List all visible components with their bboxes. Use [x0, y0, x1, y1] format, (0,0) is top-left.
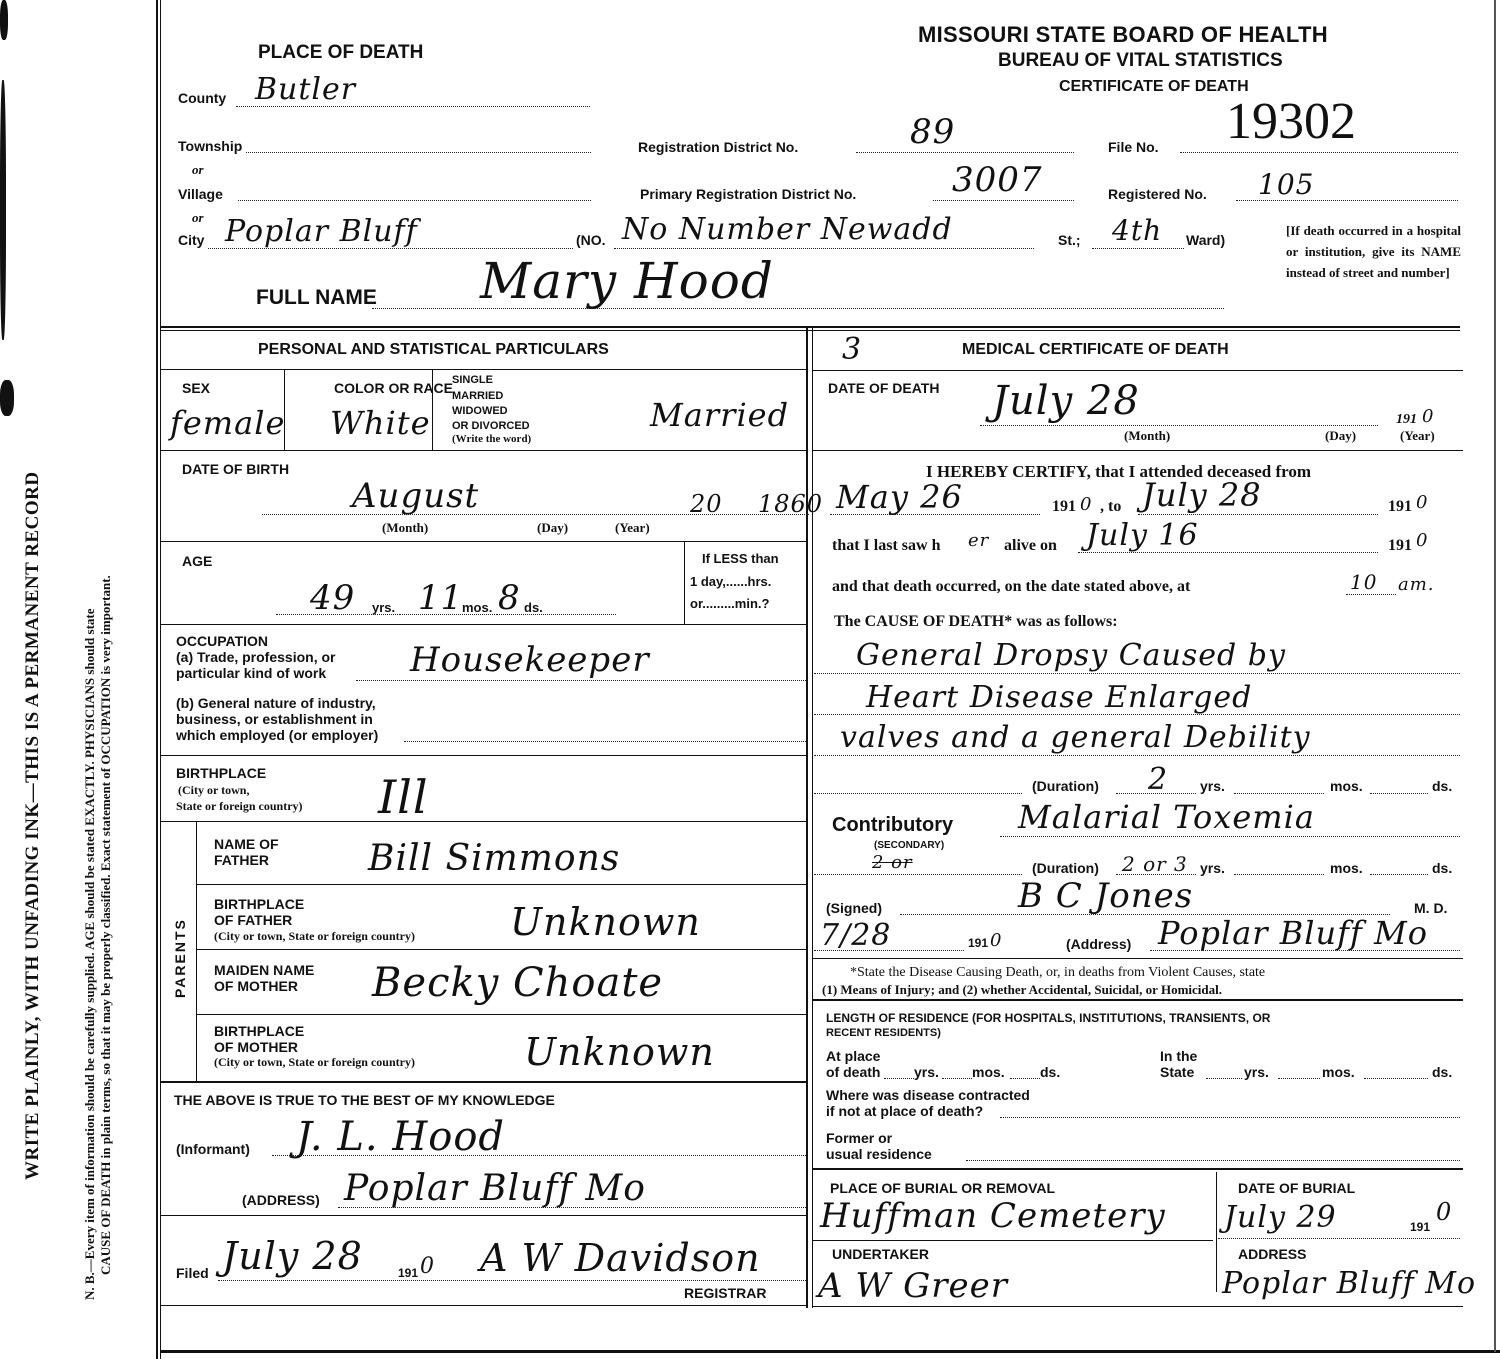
- primary-district-label: Primary Registration District No.: [640, 186, 856, 202]
- filed-label: Filed: [176, 1265, 209, 1281]
- physician-signature-field[interactable]: B C Jones: [1018, 876, 1193, 916]
- signed-year-prefix: 191: [968, 936, 988, 950]
- physician-address-field[interactable]: Poplar Bluff Mo: [1158, 914, 1428, 952]
- filed-year-field[interactable]: 0: [420, 1254, 435, 1279]
- occupation-a-line1: (a) Trade, profession, or: [176, 649, 335, 665]
- document-title: CERTIFICATE OF DEATH: [1059, 78, 1249, 96]
- occupation-b-line3: which employed (or employer): [176, 727, 378, 743]
- bureau-title: BUREAU OF VITAL STATISTICS: [998, 50, 1283, 72]
- burial-place-label: PLACE OF BURIAL OR REMOVAL: [830, 1180, 1055, 1196]
- attended-from-field[interactable]: May 26: [836, 478, 963, 516]
- mother-name-label1: MAIDEN NAME: [214, 962, 314, 978]
- age-months-label: mos.: [462, 600, 492, 615]
- parents-label: PARENTS: [172, 918, 188, 998]
- secondary-struck-text: 2 or: [872, 852, 913, 873]
- city-field[interactable]: Poplar Bluff: [225, 214, 418, 249]
- mother-birthplace-label2: OF MOTHER: [214, 1039, 298, 1055]
- attended-from-year-prefix: 191: [1052, 498, 1076, 516]
- last-saw-year-field[interactable]: 0: [1416, 530, 1428, 551]
- last-saw-date-field[interactable]: July 16: [1086, 518, 1199, 553]
- age-days-label: ds.: [524, 600, 543, 615]
- contracted-label2: if not at place of death?: [826, 1103, 983, 1119]
- marital-option-married: MARRIED: [452, 390, 503, 402]
- cause-line1-field[interactable]: General Dropsy Caused by: [856, 638, 1286, 673]
- or-label: or: [192, 210, 204, 226]
- age-years-field[interactable]: 49: [310, 578, 355, 618]
- occupation-a-line2: particular kind of work: [176, 665, 326, 681]
- nb-instructions-line2: CAUSE OF DEATH in plain terms, so that i…: [98, 575, 114, 1275]
- last-saw-label: that I last saw h: [832, 537, 940, 555]
- county-label: County: [178, 90, 226, 106]
- informant-field[interactable]: J. L. Hood: [296, 1114, 505, 1160]
- village-label: Village: [178, 186, 223, 202]
- last-saw-pronoun-field[interactable]: er: [968, 530, 989, 551]
- at-place-label1: At place: [826, 1048, 880, 1064]
- at-place-ds-label: ds.: [1040, 1064, 1060, 1080]
- in-state-ds-label: ds.: [1432, 1064, 1452, 1080]
- page-mark: 3: [842, 332, 862, 367]
- last-saw-year-prefix: 191: [1388, 537, 1412, 555]
- occupation-field[interactable]: Housekeeper: [410, 640, 650, 680]
- marital-option-single: SINGLE: [452, 374, 493, 386]
- cause-line2-field[interactable]: Heart Disease Enlarged: [866, 680, 1252, 715]
- county-field[interactable]: Butler: [255, 72, 356, 107]
- birthplace-hint2: State or foreign country): [176, 799, 303, 814]
- burial-year-field[interactable]: 0: [1436, 1198, 1452, 1226]
- father-name-field[interactable]: Bill Simmons: [368, 838, 620, 879]
- sex-field[interactable]: female: [170, 404, 285, 442]
- undertaker-address-label: ADDRESS: [1238, 1246, 1306, 1262]
- marital-hint: (Write the word): [452, 433, 531, 445]
- contributory-field[interactable]: Malarial Toxemia: [1018, 798, 1315, 836]
- place-of-death-title: PLACE OF DEATH: [258, 42, 423, 64]
- at-place-mos-label: mos.: [972, 1064, 1005, 1080]
- mother-name-label2: OF MOTHER: [214, 978, 298, 994]
- less-than-hours-label: 1 day,......hrs.: [690, 574, 771, 589]
- occupation-b-line2: business, or establishment in: [176, 711, 373, 727]
- full-name-label: FULL NAME: [256, 286, 377, 310]
- street-no-label: (NO.: [576, 232, 606, 248]
- father-birthplace-field[interactable]: Unknown: [510, 900, 701, 944]
- death-time-label: and that death occurred, on the date sta…: [832, 578, 1190, 596]
- contracted-label1: Where was disease contracted: [826, 1087, 1030, 1103]
- cause-line3-field[interactable]: valves and a general Debility: [840, 720, 1311, 755]
- duration-label: (Duration): [1032, 778, 1099, 794]
- registration-district-label: Registration District No.: [638, 139, 798, 155]
- city-label: City: [178, 232, 204, 248]
- to-label: , to: [1100, 498, 1121, 516]
- secondary-label: (SECONDARY): [874, 840, 944, 851]
- undertaker-address-field[interactable]: Poplar Bluff Mo: [1222, 1266, 1476, 1301]
- sex-label: SEX: [182, 380, 210, 396]
- dob-month-field[interactable]: August: [352, 476, 479, 516]
- occupation-b-line1: (b) General nature of industry,: [176, 695, 376, 711]
- marital-option-widowed: WIDOWED: [452, 405, 508, 417]
- physician-address-label: (Address): [1066, 936, 1131, 952]
- in-state-mos-label: mos.: [1322, 1064, 1355, 1080]
- dod-day-label: (Day): [1325, 428, 1356, 444]
- ward-label: Ward): [1186, 232, 1225, 248]
- secondary-duration-field[interactable]: 2 or 3: [1122, 852, 1188, 876]
- registered-no-field[interactable]: 105: [1258, 168, 1314, 201]
- dob-year-label: (Year): [615, 520, 650, 536]
- in-state-yrs-label: yrs.: [1244, 1064, 1269, 1080]
- marital-option-divorced: OR DIVORCED: [452, 420, 530, 432]
- attended-to-year-prefix: 191: [1388, 498, 1412, 516]
- informant-address-field[interactable]: Poplar Bluff Mo: [344, 1168, 646, 1209]
- duration-years-label: yrs.: [1200, 778, 1225, 794]
- dob-month-label: (Month): [382, 520, 428, 536]
- age-days-field[interactable]: 8: [498, 578, 521, 618]
- former-residence-label1: Former or: [826, 1130, 892, 1146]
- contributory-label: Contributory: [832, 814, 953, 837]
- filed-year-prefix: 191: [398, 1266, 418, 1280]
- knowledge-statement: THE ABOVE IS TRUE TO THE BEST OF MY KNOW…: [174, 1092, 555, 1108]
- age-months-field[interactable]: 11: [418, 578, 463, 618]
- burial-date-label: DATE OF BURIAL: [1238, 1180, 1355, 1196]
- age-label: AGE: [182, 553, 212, 569]
- father-birthplace-label1: BIRTHPLACE: [214, 896, 304, 912]
- footnote-line1: *State the Disease Causing Death, or, in…: [850, 965, 1265, 981]
- in-state-label2: State: [1160, 1064, 1194, 1080]
- secondary-years-label: yrs.: [1200, 860, 1225, 876]
- race-field[interactable]: White: [330, 404, 431, 442]
- street-label: St.;: [1058, 232, 1081, 248]
- secondary-duration-label: (Duration): [1032, 860, 1099, 876]
- agency-title: MISSOURI STATE BOARD OF HEALTH: [918, 22, 1328, 48]
- dod-year-prefix: 191: [1396, 412, 1417, 428]
- duration-days-label: ds.: [1432, 778, 1452, 794]
- primary-district-field[interactable]: 3007: [952, 160, 1043, 200]
- at-place-yrs-label: yrs.: [914, 1064, 939, 1080]
- race-label: COLOR OR RACE: [334, 380, 453, 396]
- death-time-ampm[interactable]: am.: [1398, 574, 1435, 595]
- registrar-label: REGISTRAR: [684, 1285, 766, 1301]
- burial-year-prefix: 191: [1410, 1220, 1430, 1234]
- hospital-note: [If death occurred in a hospital or inst…: [1286, 220, 1461, 283]
- in-state-label1: In the: [1160, 1048, 1197, 1064]
- medical-section-title: MEDICAL CERTIFICATE OF DEATH: [962, 341, 1229, 359]
- filed-date-field[interactable]: July 28: [222, 1234, 363, 1278]
- or-label: or: [192, 162, 204, 178]
- duration-months-label: mos.: [1330, 778, 1363, 794]
- mother-birthplace-hint: (City or town, State or foreign country): [214, 1055, 415, 1070]
- nb-instructions-line1: N. B.—Every item of information should b…: [82, 608, 98, 1300]
- full-name-field[interactable]: Mary Hood: [480, 252, 774, 310]
- father-name-label2: FATHER: [214, 852, 269, 868]
- secondary-days-label: ds.: [1432, 860, 1452, 876]
- undertaker-label: UNDERTAKER: [832, 1246, 929, 1262]
- registration-district-field[interactable]: 89: [910, 112, 955, 152]
- signed-year-field[interactable]: 0: [990, 930, 1002, 951]
- less-than-day-label: If LESS than: [702, 551, 779, 566]
- dob-day-label: (Day): [537, 520, 568, 536]
- birthplace-field[interactable]: Ill: [378, 770, 429, 824]
- duration-years-field[interactable]: 2: [1148, 762, 1168, 797]
- secondary-months-label: mos.: [1330, 860, 1363, 876]
- cause-of-death-title: The CAUSE OF DEATH* was as follows:: [834, 613, 1118, 631]
- personal-section-title: PERSONAL AND STATISTICAL PARTICULARS: [258, 341, 609, 359]
- residence-title-2: RECENT RESIDENTS): [826, 1027, 941, 1039]
- less-than-minutes-label: or.........min.?: [690, 596, 769, 611]
- ward-field[interactable]: 4th: [1112, 214, 1162, 247]
- marital-status-field[interactable]: Married: [650, 396, 789, 434]
- alive-on-label: alive on: [1004, 537, 1057, 555]
- dob-day-field[interactable]: 20: [690, 490, 723, 518]
- footnote-line2: (1) Means of Injury; and (2) whether Acc…: [822, 982, 1222, 998]
- registrar-signature-field[interactable]: A W Davidson: [480, 1236, 761, 1280]
- signed-date-field[interactable]: 7/28: [820, 918, 891, 953]
- date-of-death-label: DATE OF DEATH: [828, 380, 939, 396]
- informant-label: (Informant): [176, 1141, 250, 1157]
- attended-to-field[interactable]: July 28: [1142, 476, 1262, 514]
- dob-year-field[interactable]: 1860: [758, 490, 823, 518]
- signed-label: (Signed): [826, 900, 882, 916]
- file-no-field[interactable]: 19302: [1226, 92, 1356, 151]
- mother-birthplace-field[interactable]: Unknown: [524, 1030, 715, 1074]
- burial-date-field[interactable]: July 29: [1224, 1200, 1337, 1235]
- street-field[interactable]: No Number Newadd: [622, 212, 953, 247]
- birthplace-hint1: (City or town,: [178, 783, 249, 798]
- undertaker-field[interactable]: A W Greer: [818, 1266, 1008, 1306]
- residence-title: LENGTH OF RESIDENCE (FOR HOSPITALS, INST…: [826, 1011, 1270, 1025]
- dod-month-label: (Month): [1124, 428, 1170, 444]
- burial-place-field[interactable]: Huffman Cemetery: [820, 1196, 1166, 1236]
- birthplace-title: BIRTHPLACE: [176, 765, 266, 781]
- attended-from-year-field[interactable]: 0: [1080, 494, 1092, 515]
- township-label: Township: [178, 138, 242, 154]
- permanent-record-notice: WRITE PLAINLY, WITH UNFADING INK—THIS IS…: [22, 471, 44, 1180]
- former-residence-label2: usual residence: [826, 1146, 932, 1162]
- mother-birthplace-label1: BIRTHPLACE: [214, 1023, 304, 1039]
- at-place-label2: of death: [826, 1064, 880, 1080]
- date-of-death-field[interactable]: July 28: [992, 378, 1140, 424]
- attended-to-year-field[interactable]: 0: [1416, 492, 1428, 513]
- informant-address-label: (ADDRESS): [242, 1192, 320, 1208]
- dob-label: DATE OF BIRTH: [182, 461, 289, 477]
- registered-no-label: Registered No.: [1108, 186, 1207, 202]
- occupation-title: OCCUPATION: [176, 633, 268, 649]
- father-birthplace-hint: (City or town, State or foreign country): [214, 929, 415, 944]
- father-name-label1: NAME OF: [214, 836, 279, 852]
- dod-year-label: (Year): [1400, 428, 1435, 444]
- father-birthplace-label2: OF FATHER: [214, 912, 292, 928]
- file-no-label: File No.: [1108, 139, 1159, 155]
- age-years-label: yrs.: [372, 600, 395, 615]
- death-time-field[interactable]: 10: [1350, 570, 1377, 594]
- mother-name-field[interactable]: Becky Choate: [372, 960, 663, 1006]
- dod-year-field[interactable]: 0: [1422, 406, 1434, 427]
